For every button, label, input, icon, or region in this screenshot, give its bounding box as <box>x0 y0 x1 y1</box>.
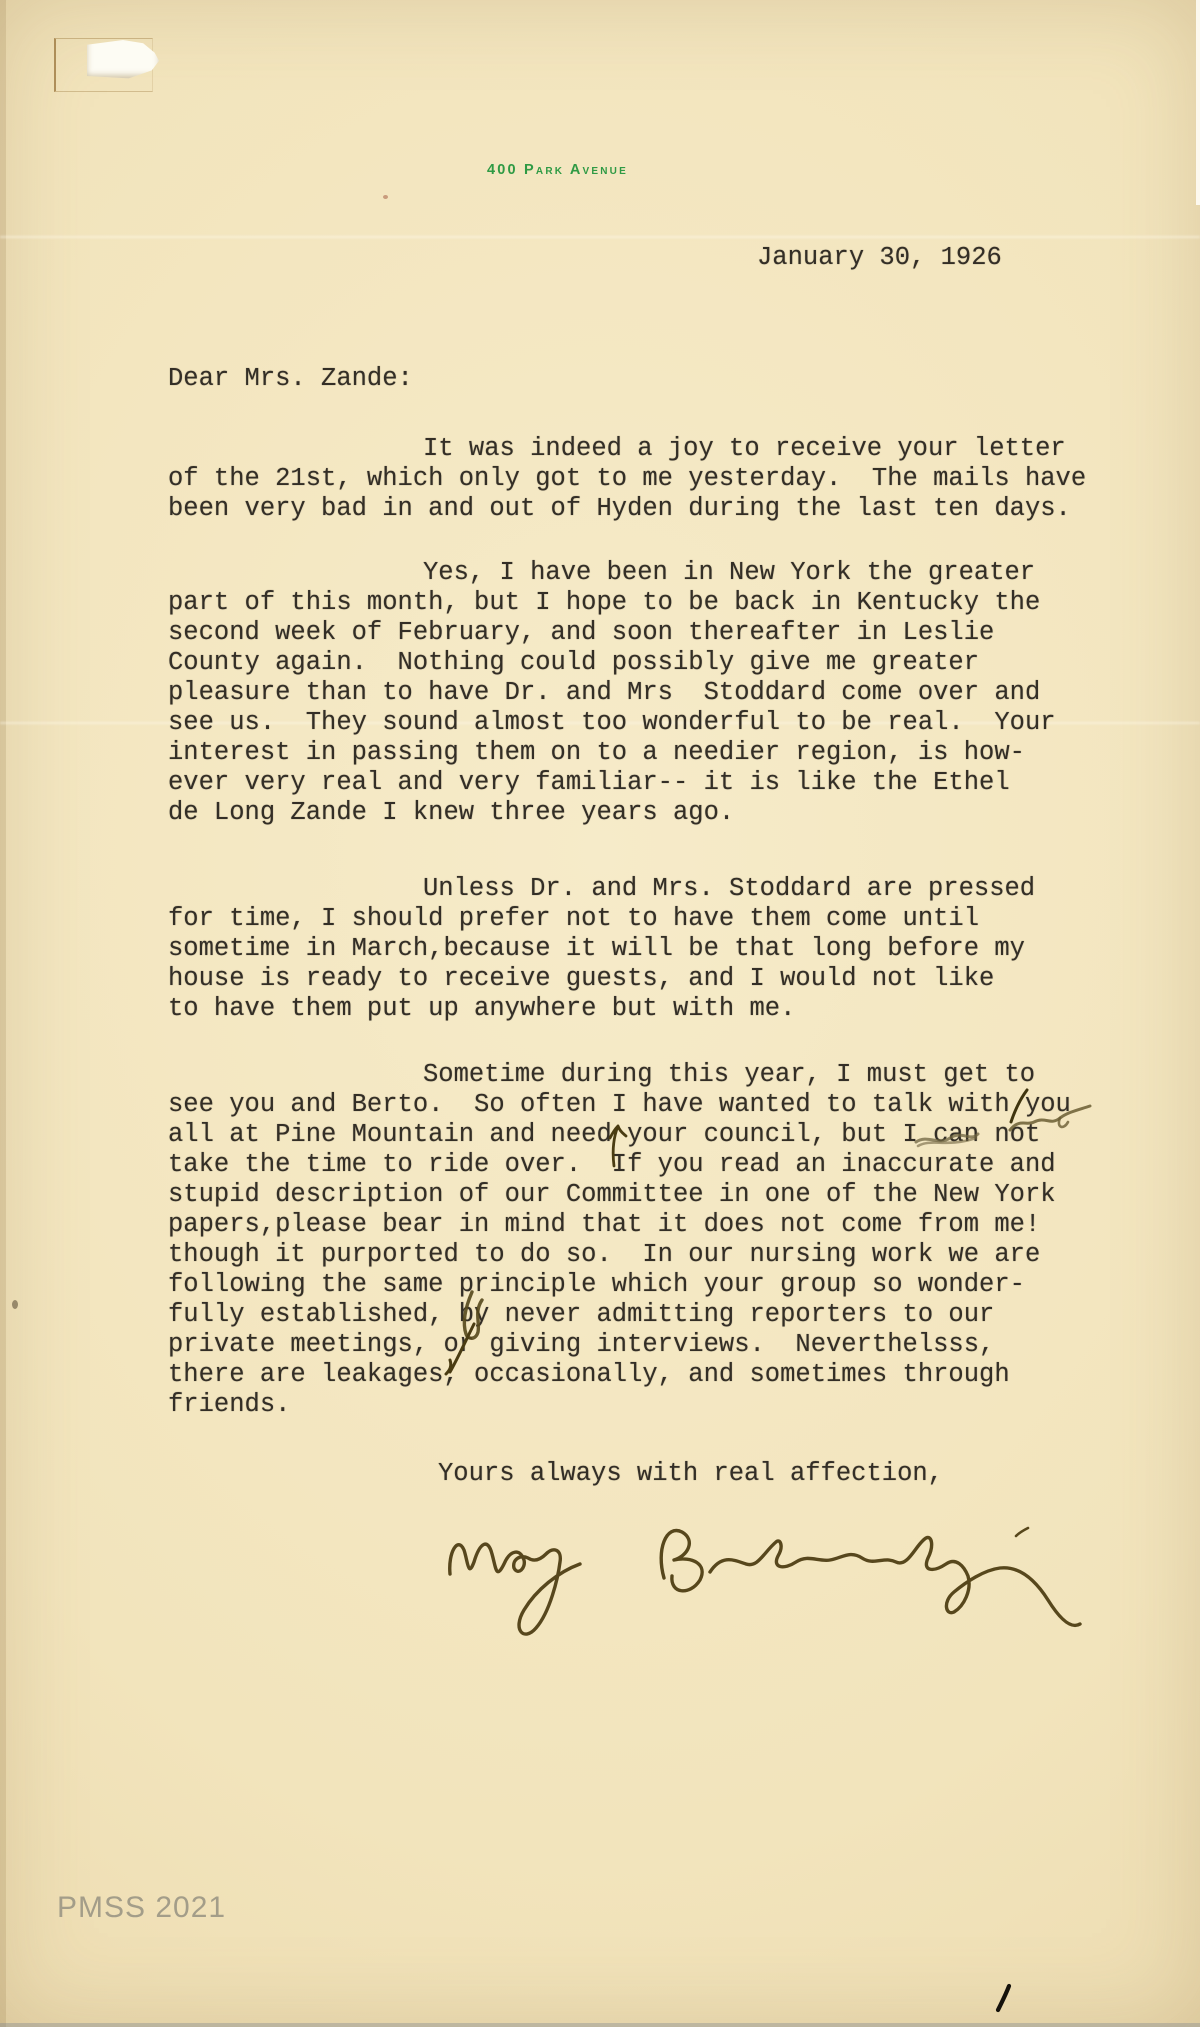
ink-bottom-slash <box>992 1982 1014 2014</box>
date-line: January 30, 1926 <box>757 243 1002 273</box>
ink-caret-under-need <box>600 1120 632 1170</box>
closing-line: Yours always with real affection, <box>438 1459 943 1489</box>
paragraph-2: Yes, I have been in New York the greater… <box>168 558 1056 828</box>
letterhead-address: 400 Park Avenue <box>487 162 628 178</box>
paper-bottom-edge <box>0 2023 1200 2027</box>
salutation: Dear Mrs. Zande: <box>168 364 413 394</box>
paragraph-3: Unless Dr. and Mrs. Stoddard are pressed… <box>168 874 1035 1024</box>
ink-stroke-over-or <box>442 1320 486 1378</box>
paper-speck <box>12 1300 18 1309</box>
paper-crease-1 <box>0 236 1200 238</box>
staple-hole <box>50 32 162 96</box>
signature <box>428 1502 1100 1672</box>
ink-insert-scrawl <box>1006 1100 1096 1140</box>
paper-speck <box>383 195 388 199</box>
ink-scribble-over-can <box>912 1126 984 1154</box>
watermark: PMSS 2021 <box>57 1891 226 1925</box>
scanned-letter-page: 400 Park Avenue January 30, 1926 Dear Mr… <box>0 0 1200 2027</box>
paragraph-4: Sometime during this year, I must get to… <box>168 1060 1071 1420</box>
paper-edge-shadow <box>0 0 6 2027</box>
paper-edge-sliver <box>1196 0 1200 205</box>
paragraph-1: It was indeed a joy to receive your lett… <box>168 434 1086 524</box>
